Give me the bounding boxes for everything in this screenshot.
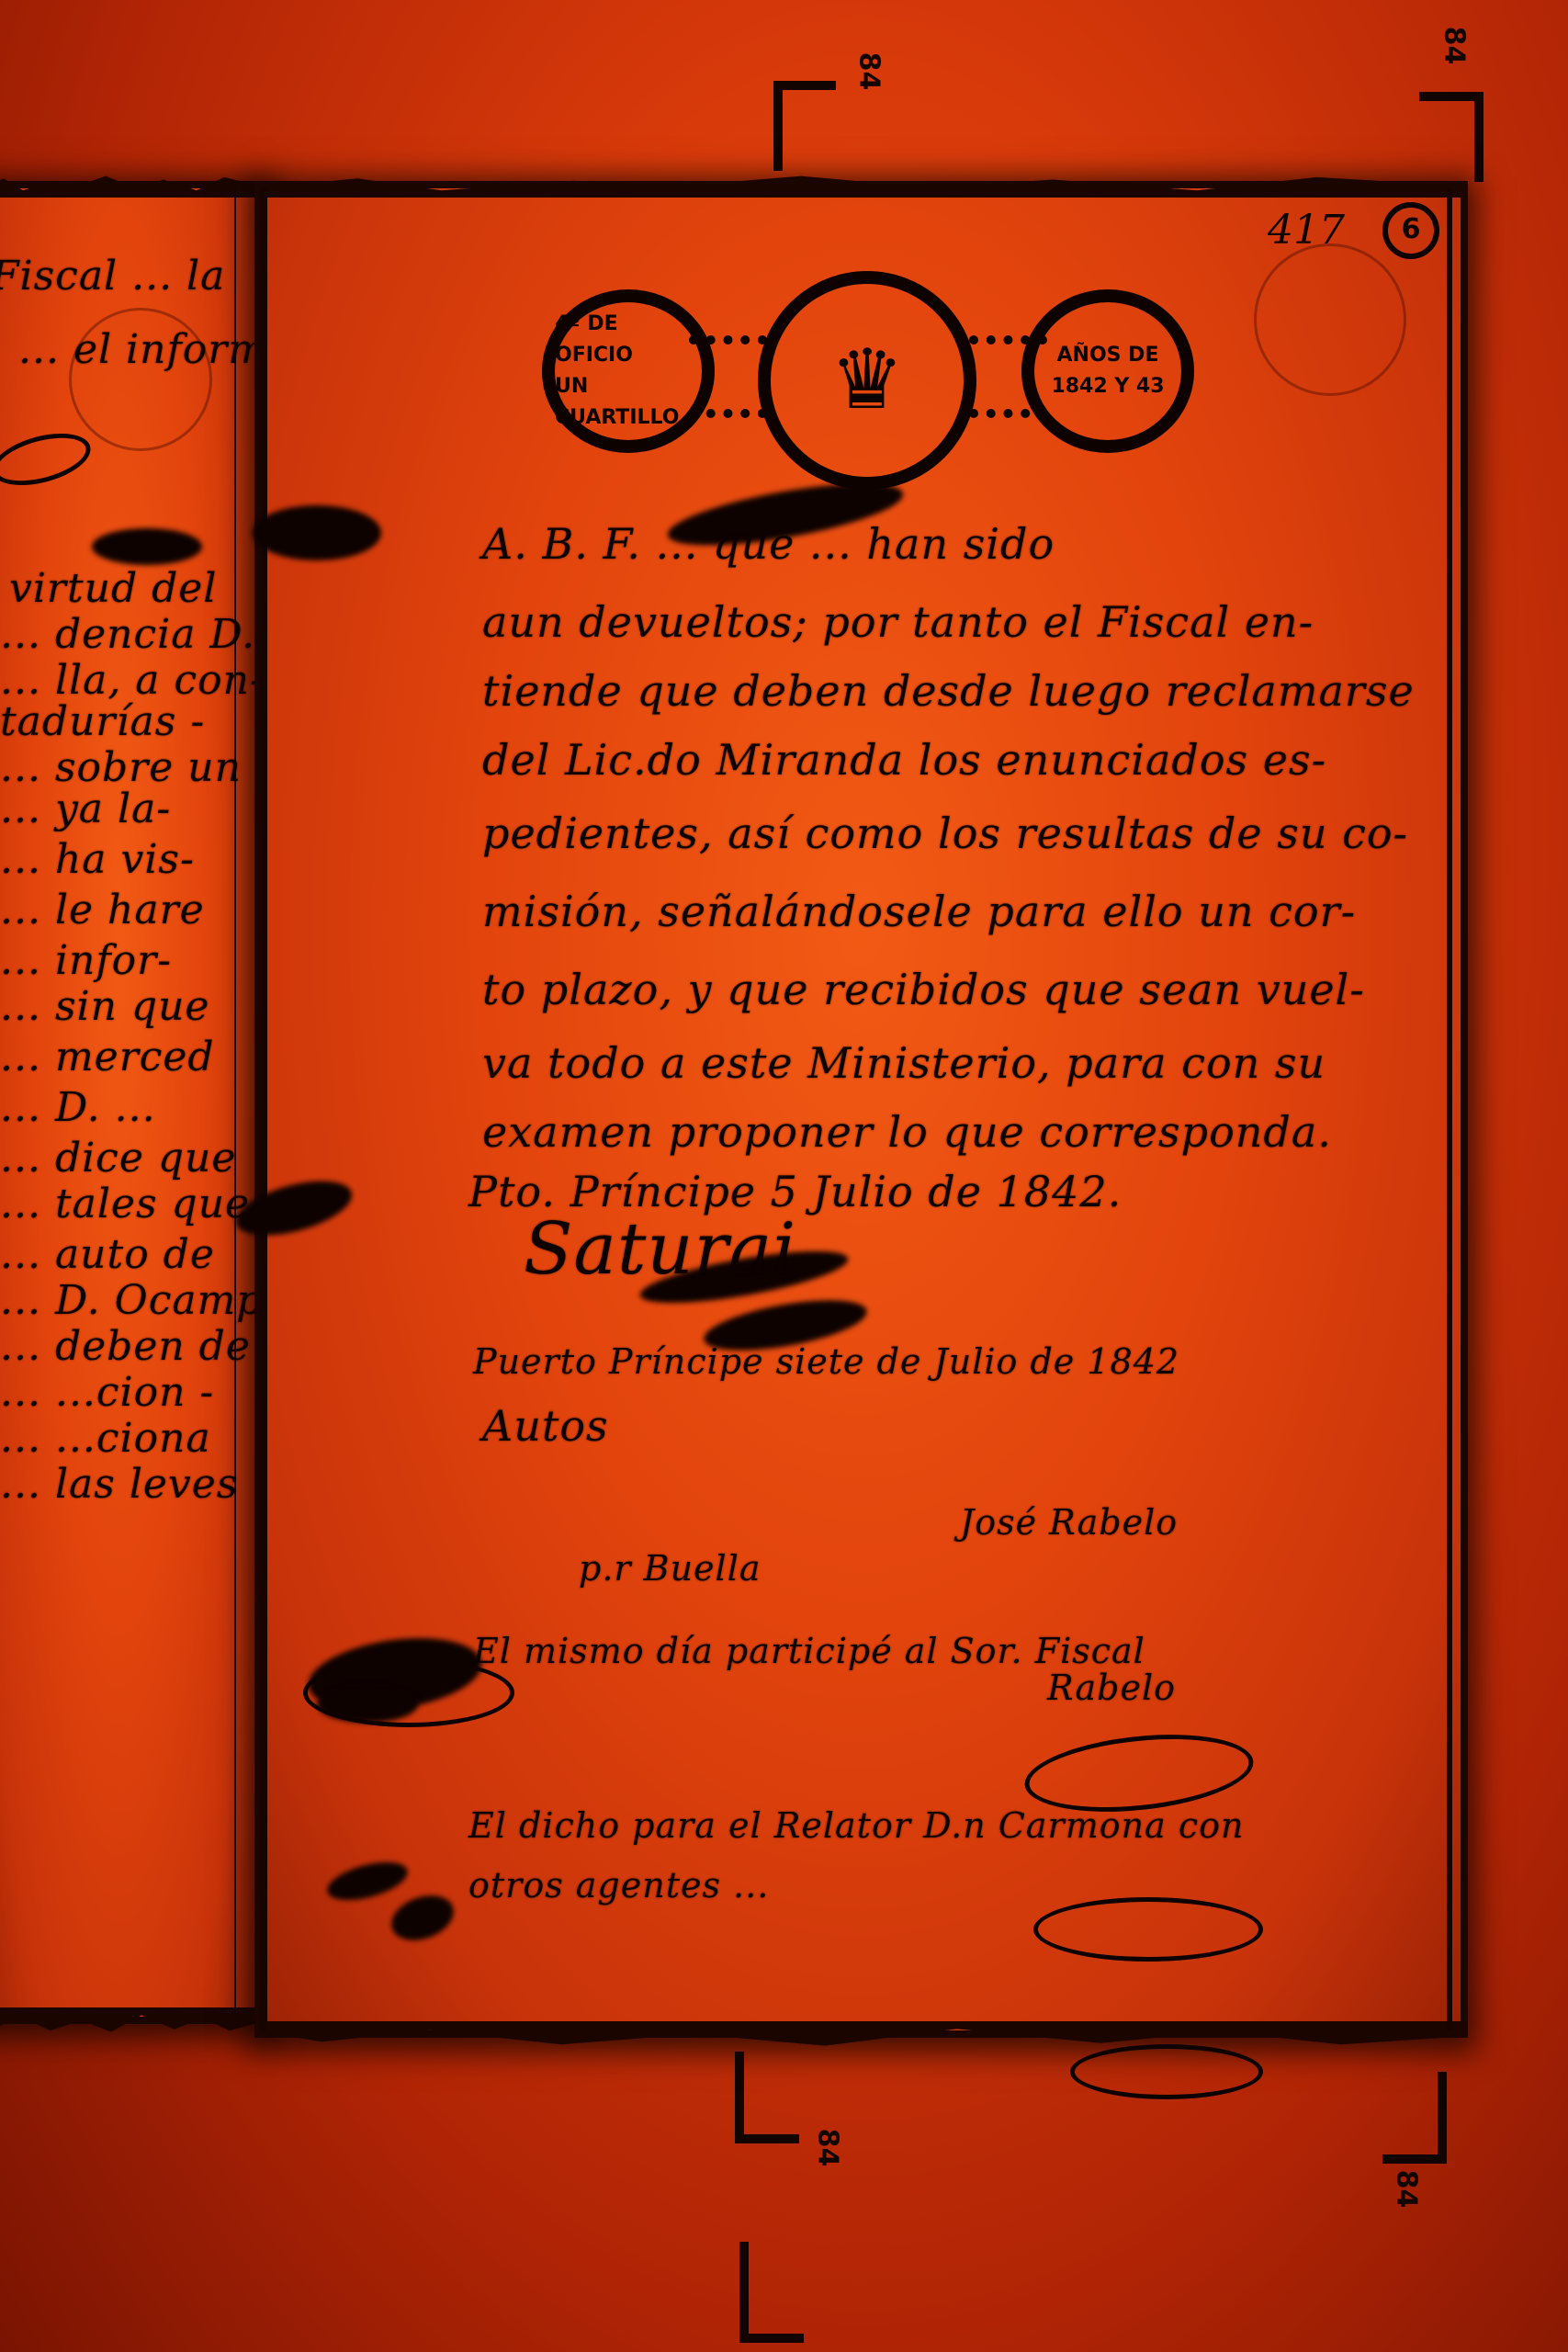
crop-mark-label: 84 [852, 52, 885, 91]
left-page: Fiscal ... la ... el informe virtud del … [0, 188, 257, 2017]
stamp-value-text: UN CUARTILLO [555, 371, 702, 434]
handwritten-line: Fiscal ... la [0, 253, 225, 300]
left-margin-line [260, 188, 267, 2030]
handwritten-line: aun devueltos; por tanto el Fiscal en- [482, 597, 1314, 647]
crop-mark-bottom-right [1382, 2072, 1447, 2164]
handwritten-line: ... sobre un [0, 744, 242, 791]
stamp-paper-seal: 4º DE OFICIO UN CUARTILLO ♛ AÑOS DE 1842… [533, 271, 1203, 478]
ink-blot [253, 505, 381, 560]
stamp-class-text: 4º DE OFICIO [555, 309, 702, 371]
ink-blot [385, 1887, 459, 1948]
torn-edge [262, 174, 1461, 198]
signature-flourish [0, 424, 96, 495]
handwritten-line: ... D. Ocampo [0, 1277, 288, 1324]
handwritten-line: pedientes, así como los resultas de su c… [482, 808, 1408, 858]
crop-mark-label: 84 [1438, 27, 1470, 65]
crop-mark-label: 84 [1390, 2170, 1422, 2209]
handwritten-line: ... el informe [18, 326, 292, 373]
folio-number: 417 [1268, 207, 1345, 254]
torn-edge [0, 174, 257, 198]
stamp-years-value: 1842 Y 43 [1051, 371, 1164, 402]
stamp-right-seal: AÑOS DE 1842 Y 43 [1021, 289, 1194, 453]
decree-signature: José Rabelo [960, 1502, 1178, 1543]
handwritten-line: examen proponer lo que corresponda. [482, 1107, 1332, 1157]
folio-mark: 6 [1382, 202, 1439, 259]
handwritten-line: ... ha vis- [0, 836, 195, 883]
margin-line [234, 188, 236, 2017]
royal-crown-arms-icon: ♛ [758, 271, 976, 490]
signature-flourish [1070, 2044, 1263, 2099]
crop-mark-top-right [1419, 92, 1483, 182]
torn-edge [0, 2007, 257, 2033]
ink-blot [323, 1855, 412, 1907]
handwritten-line: ... D. ... [0, 1084, 156, 1131]
crown-icon: ♛ [830, 339, 905, 422]
handwritten-line: to plazo, y que recibidos que sean vuel- [482, 965, 1365, 1014]
note-line: El dicho para el Relator D.n Carmona con [468, 1805, 1244, 1846]
handwritten-line: ... sin que [0, 983, 209, 1030]
handwritten-line: ... auto de [0, 1231, 215, 1278]
signature-flourish [1033, 1897, 1263, 1962]
handwritten-line: misión, señalándosele para ello un cor- [482, 887, 1356, 936]
handwritten-line: ... dice que [0, 1135, 236, 1182]
handwritten-line: ... tales que [0, 1181, 250, 1227]
ink-blot [92, 528, 202, 565]
decree-signature: p.r Buella [579, 1548, 761, 1589]
handwritten-line: ... deben de [0, 1323, 251, 1370]
stamp-years-label: AÑOS DE [1057, 340, 1159, 371]
torn-edge [262, 2021, 1461, 2047]
stamp-left-seal: 4º DE OFICIO UN CUARTILLO [542, 289, 715, 453]
handwritten-line: tiende que deben desde luego reclamarse [482, 666, 1415, 716]
crop-mark-lower-left [739, 2242, 804, 2343]
handwritten-line: virtud del [9, 565, 217, 612]
handwritten-line: ... ...cion - [0, 1369, 214, 1416]
handwritten-line: va todo a este Ministerio, para con su [482, 1038, 1325, 1088]
handwritten-line: A. B. F. ... que ... han sido [482, 519, 1055, 569]
decree-date: Puerto Príncipe siete de Julio de 1842 [473, 1341, 1179, 1382]
handwritten-line: ... dencia D. [0, 611, 255, 658]
handwritten-line: del Lic.do Miranda los enunciados es- [482, 735, 1326, 785]
embossed-seal [1254, 243, 1406, 396]
signature: Saturai [524, 1208, 796, 1291]
right-margin-line [1447, 188, 1452, 2030]
handwritten-line: ... le hare [0, 887, 205, 933]
crop-mark-bottom-left [735, 2052, 799, 2143]
handwritten-line: ... ...ciona [0, 1415, 211, 1462]
note-line: El mismo día participé al Sor. Fiscal [473, 1631, 1145, 1671]
handwritten-line: ... infor- [0, 937, 172, 984]
crop-mark-top-left [773, 81, 836, 171]
note-signature: Rabelo [1047, 1668, 1176, 1708]
handwritten-line: ... lla, a con- [0, 657, 265, 704]
handwritten-line: ... merced [0, 1034, 215, 1080]
handwritten-line: tadurías - [0, 698, 205, 745]
crop-mark-label: 84 [811, 2129, 843, 2167]
handwritten-line: ... ya la- [0, 786, 171, 832]
decree-word: Autos [482, 1401, 609, 1451]
note-line: otros agentes ... [468, 1865, 769, 1905]
handwritten-line: ... las leves [0, 1461, 238, 1508]
